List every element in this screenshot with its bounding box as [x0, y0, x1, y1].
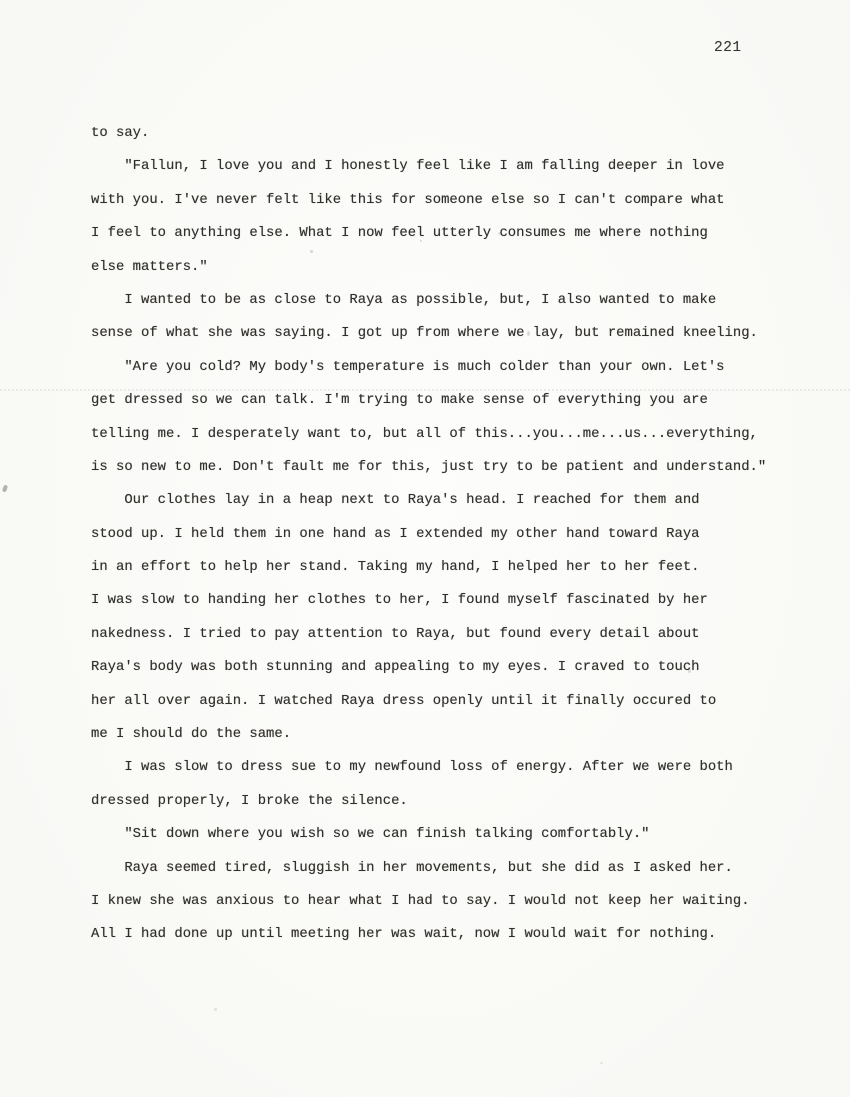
scan-speck	[2, 485, 8, 493]
text-line: "Are you cold? My body's temperature is …	[91, 351, 781, 384]
scan-streak	[0, 389, 850, 391]
text-line: else matters."	[91, 251, 781, 284]
scan-speck	[688, 669, 691, 673]
text-line: in an effort to help her stand. Taking m…	[91, 551, 781, 584]
text-line: sense of what she was saying. I got up f…	[91, 317, 781, 350]
scan-speck	[214, 1008, 217, 1011]
scan-speck	[498, 232, 501, 235]
page-number: 221	[714, 40, 742, 56]
text-line: Raya seemed tired, sluggish in her movem…	[91, 852, 781, 885]
text-line: I was slow to handing her clothes to her…	[91, 584, 781, 617]
text-line: telling me. I desperately want to, but a…	[91, 418, 781, 451]
text-line: is so new to me. Don't fault me for this…	[91, 451, 781, 484]
text-line: "Fallun, I love you and I honestly feel …	[91, 150, 781, 183]
text-line: I feel to anything else. What I now feel…	[91, 217, 781, 250]
typewritten-page: 221 to say. "Fallun, I love you and I ho…	[0, 0, 850, 1097]
text-line: stood up. I held them in one hand as I e…	[91, 518, 781, 551]
scan-speck	[420, 240, 422, 242]
text-line: to say.	[91, 117, 781, 150]
text-line: "Sit down where you wish so we can finis…	[91, 818, 781, 851]
text-line: Our clothes lay in a heap next to Raya's…	[91, 484, 781, 517]
scan-speck	[527, 331, 530, 336]
text-line: me I should do the same.	[91, 718, 781, 751]
scan-speck	[600, 1062, 603, 1064]
text-line: dressed properly, I broke the silence.	[91, 785, 781, 818]
text-line: I knew she was anxious to hear what I ha…	[91, 885, 781, 918]
text-line: I wanted to be as close to Raya as possi…	[91, 284, 781, 317]
text-line: Raya's body was both stunning and appeal…	[91, 651, 781, 684]
typewritten-text: to say. "Fallun, I love you and I honest…	[91, 117, 781, 952]
text-line: her all over again. I watched Raya dress…	[91, 685, 781, 718]
text-line: I was slow to dress sue to my newfound l…	[91, 751, 781, 784]
text-line: All I had done up until meeting her was …	[91, 918, 781, 951]
text-line: nakedness. I tried to pay attention to R…	[91, 618, 781, 651]
text-line: with you. I've never felt like this for …	[91, 184, 781, 217]
scan-speck	[310, 250, 313, 253]
